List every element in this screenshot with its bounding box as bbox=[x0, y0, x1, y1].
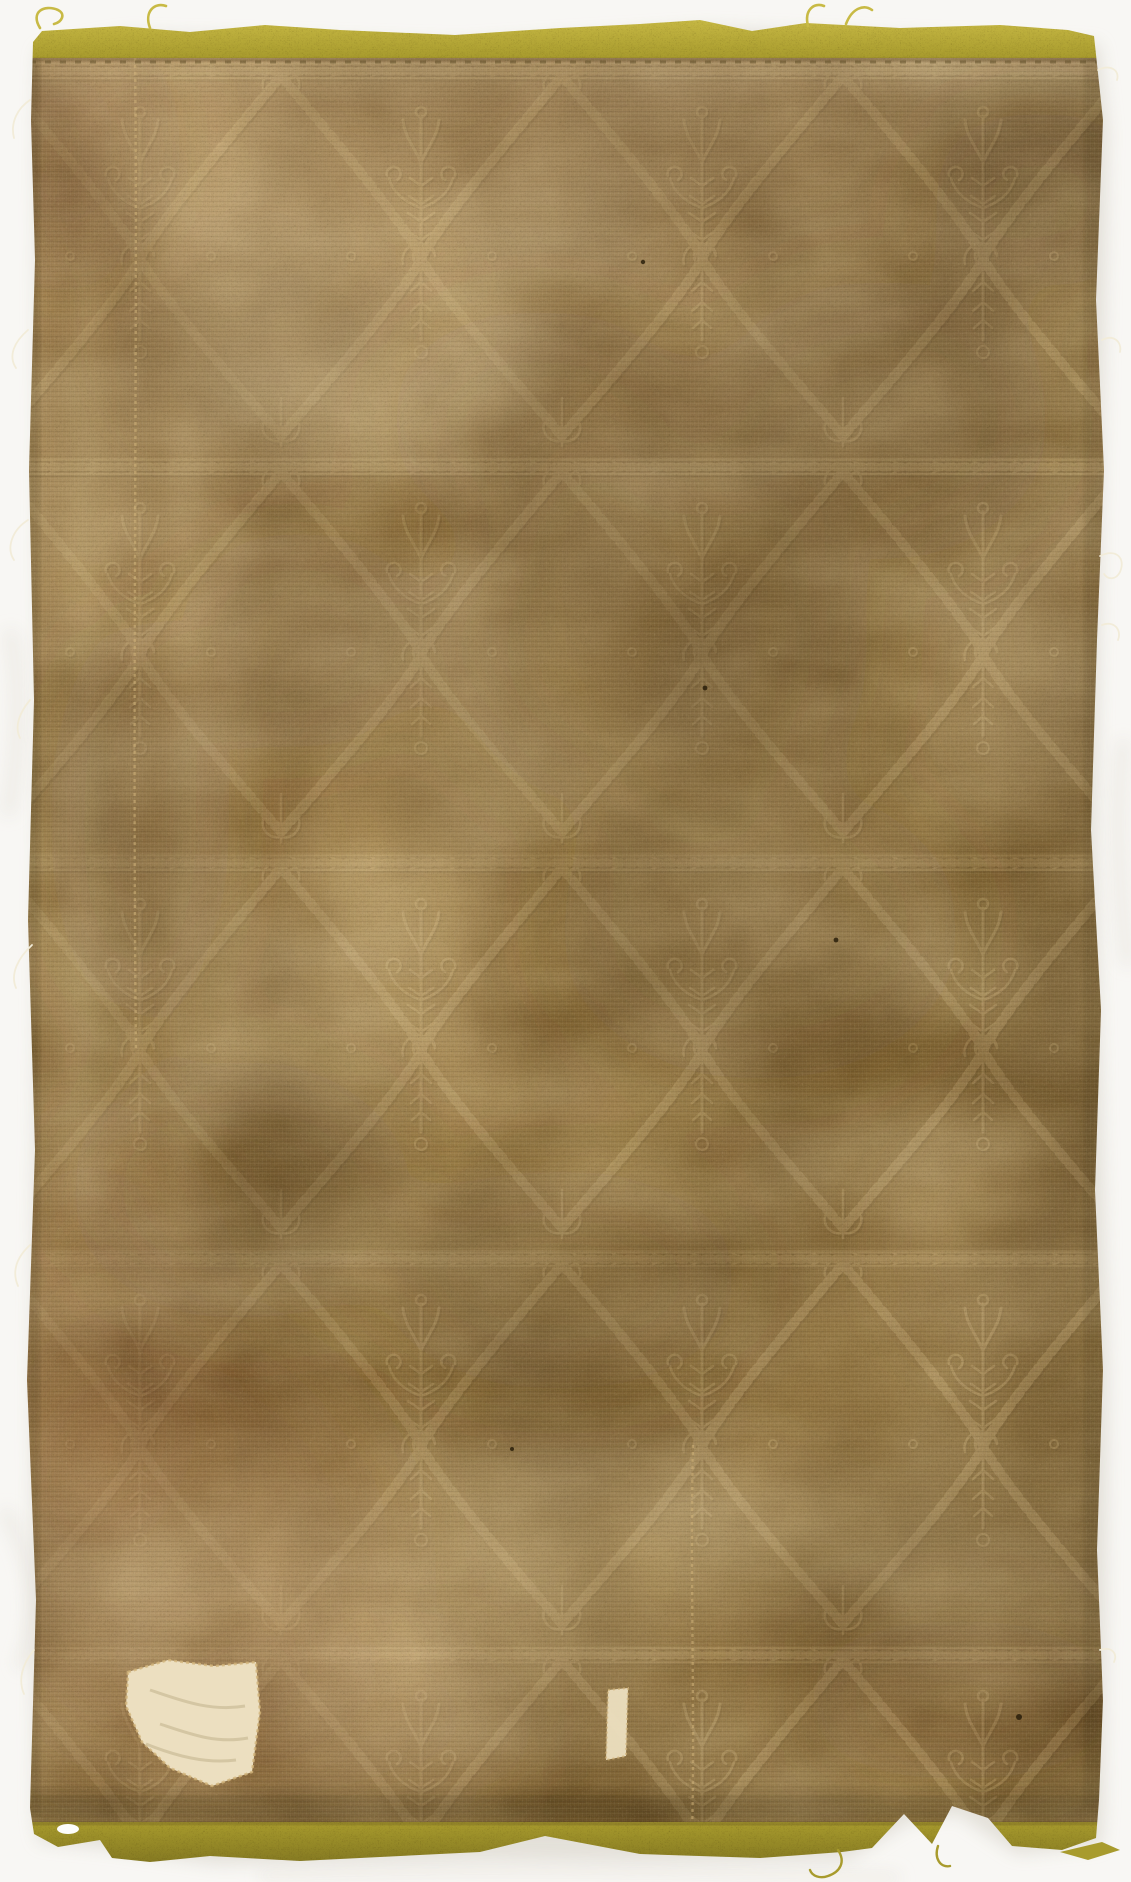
loss-slit bbox=[606, 1688, 628, 1760]
textile-body bbox=[0, 18, 1131, 1870]
weave-striation bbox=[20, 18, 1115, 1868]
textile-image-canvas bbox=[0, 0, 1131, 1882]
selvage-white-chip bbox=[57, 1824, 79, 1834]
velvet-fragment-photograph bbox=[0, 0, 1131, 1882]
